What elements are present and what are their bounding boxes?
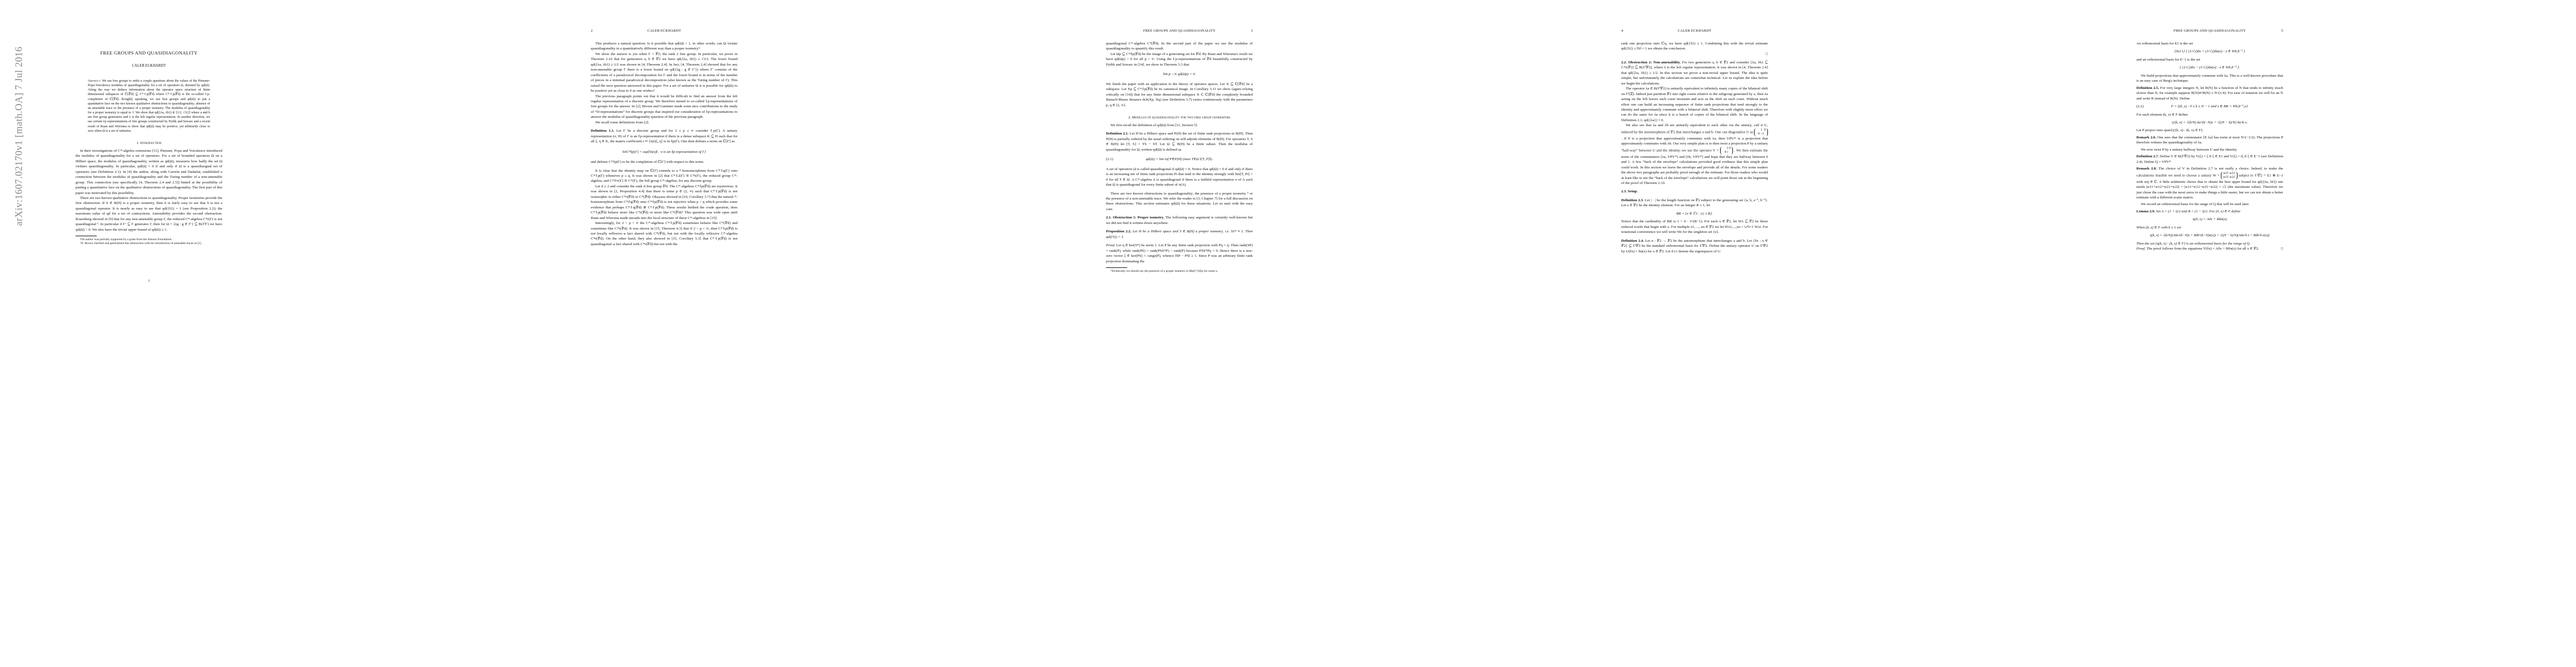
paragraph: A set of operators Ω is called quasidiag… xyxy=(1106,167,1253,188)
page-1: arXiv:1607.02170v1 [math.OA] 7 Jul 2016 … xyxy=(0,0,515,667)
text-run: . We then estimate the norm of the commu… xyxy=(1621,148,1768,185)
definition-2-1: Definition 2.1. Let H be a Hilbert space… xyxy=(1106,131,1253,152)
definition-label: Definition 1.1. xyxy=(591,129,614,133)
definition-label: Definition 2.7. xyxy=(2136,155,2159,158)
equation-text: F = {(k, x) : 0 ≤ k ≤ N − 1 and x ∈ BR ∩… xyxy=(2171,104,2248,108)
page-number: 3 xyxy=(1251,29,1253,33)
page-5-column: An orthonormal basis for E1 is the set {… xyxy=(2136,41,2283,252)
footnote-rule xyxy=(1106,267,1127,268)
page-3: FREE GROUPS AND QUASIDIAGONALITY 3 quasi… xyxy=(1030,0,1546,667)
equation-norm: ‖x‖C*ℓp(Γ) = sup{‖π(x)‖ : π is an ℓp-rep… xyxy=(591,150,738,155)
running-head-title: FREE GROUPS AND QUASIDIAGONALITY xyxy=(2136,29,2283,33)
matrix-cell: w22 xyxy=(2230,176,2235,179)
page-number: 5 xyxy=(2281,29,2283,33)
equation-basis-Em1: { (1/√2)δx − (1/√2)δα(x) : x ∈ Wb,b⁻¹ }. xyxy=(2136,65,2283,70)
matrix-cell: i xyxy=(1727,151,1728,154)
definition-2-5: Definition 2.5. For very large integers … xyxy=(2136,86,2283,101)
equation-text: qd(Ω) = lim inf P∈P(H) (max T∈Ω ‖[T, P]‖… xyxy=(1146,157,1213,161)
qed-symbol: □ xyxy=(1621,52,1768,57)
paragraph: and an orthonormal basis for E−1 is the … xyxy=(2136,57,2283,62)
paragraph: Let d ≥ 2 and consider the rank d free g… xyxy=(591,184,738,221)
remark-label: Remark 2.6. xyxy=(2136,136,2156,140)
section-heading-introduction: 1. Introduction xyxy=(76,141,222,145)
subsection-2-1: 2.1. Obstruction 1: Proper isometry. The… xyxy=(1106,215,1253,226)
paragraph: When (k, x) ∈ F with k ≥ 1 set xyxy=(2136,225,2283,230)
footnote: ¹N. Brown clarified and generalized this… xyxy=(76,242,222,246)
paper-title: FREE GROUPS AND QUASIDIAGONALITY xyxy=(76,50,222,56)
equation-2-2: (2.2) F = {(k, x) : 0 ≤ k ≤ N − 1 and x … xyxy=(2136,104,2283,109)
equation-tag: (2.1) xyxy=(1106,157,1113,162)
paragraph: Let P project onto span{η′(k, x) : (k, x… xyxy=(2136,128,2283,133)
page-4-column: rank one projection onto ℂη, we have qd(… xyxy=(1621,41,1768,254)
paragraph: We show the answer is yes when Γ = 𝔽2; t… xyxy=(591,52,738,94)
lemma-text: Set A = (1 + i)/2 and B = (1 − i)/2. For… xyxy=(2156,210,2240,213)
matrix-U: 1 0 0 −1 xyxy=(1754,128,1768,136)
paragraph: Let Ωp ⊆ C*ℓp(𝔽d) be the image of a gene… xyxy=(1106,52,1253,67)
running-head-title: CALEB ECKHARDT xyxy=(591,29,738,33)
subsection-2-3: 2.3. Setup. xyxy=(1621,189,1768,194)
paragraph: In their investigations of C*-algebra ex… xyxy=(76,148,222,196)
equation-basis-E1: {δe} ∪ { (1/√2)δx + (1/√2)δα(x) : x ∈ Wb… xyxy=(2136,49,2283,54)
paragraph: and defines C*ℓp(Γ) to be the completion… xyxy=(591,160,738,165)
proof-text: Let η ∈ ker(S*) be norm 1. Let P be any … xyxy=(1106,243,1253,263)
paragraph: Notice that the cardinality of BR is 1 +… xyxy=(1621,219,1768,235)
matrix-cell: w12 xyxy=(2229,172,2235,175)
paragraph: We now twist P by a unitary halfway betw… xyxy=(2136,147,2283,152)
paragraph: We first recall the definition of qd(Ω) … xyxy=(1106,123,1253,128)
paragraph: We recall some definitions from [2]. xyxy=(591,120,738,125)
lemma-label: Lemma 2.9. xyxy=(2136,210,2155,213)
equation-limit: lim p→∞ qd(Ωp) = 0. xyxy=(1106,72,1253,77)
arxiv-stamp-text: arXiv:1607.02170v1 [math.OA] 7 Jul 2016 xyxy=(13,47,25,226)
proof-text: The proof follows from the equations V(δ… xyxy=(2146,247,2259,251)
paragraph: quasidiagonal C*-algebra C*(𝔽d). In the … xyxy=(1106,41,1253,52)
matrix-cell: 0 xyxy=(1729,147,1731,150)
text-run: We also see that λa and λb are unitarily… xyxy=(1621,123,1768,134)
page-2-column: This produces a natural question: Is it … xyxy=(591,41,738,247)
paper-author: CALEB ECKHARDT xyxy=(76,64,222,68)
equation-ball: BR = {x ∈ 𝔽2 : |x| ≤ R}. xyxy=(1621,211,1768,216)
paragraph: There are two known obstructions to quas… xyxy=(1106,191,1253,212)
paragraph: We build projections that approximately … xyxy=(2136,73,2283,84)
paragraph: Interestingly, for 2 < p < ∞ the C*-alge… xyxy=(591,221,738,247)
definition-2-4: Definition 2.4. Let α : 𝔽2 → 𝔽2 be the a… xyxy=(1621,238,1768,254)
proof-label: Proof. xyxy=(1106,243,1115,247)
running-head: FREE GROUPS AND QUASIDIAGONALITY 3 xyxy=(1106,29,1253,34)
paragraph: The previous paragraph points out that i… xyxy=(591,94,738,120)
remark-label: Remark 2.8. xyxy=(2136,167,2157,171)
paragraph-unitary: We also see that λa and λb are unitarily… xyxy=(1621,123,1768,186)
matrix-cell: 1 xyxy=(1761,128,1762,132)
page-4: 4 CALEB ECKHARDT rank one projection ont… xyxy=(1546,0,2061,667)
remark-text: subject to ℓ²𝔽2 = E1 ⊕ E−1 with wij ∈ ℂ.… xyxy=(2136,173,2283,200)
paragraph: There are two known qualitative obstruct… xyxy=(76,196,222,232)
paragraph: We record an orthonormal basis for the r… xyxy=(2136,202,2283,207)
equation-tag: (2.2) xyxy=(2136,104,2144,109)
remark-2-8: Remark 2.8. The choice of V in Definitio… xyxy=(2136,166,2283,200)
abstract: Abstract. We use free groups to settle a… xyxy=(88,79,210,133)
remark-2-6: Remark 2.6. One sees that the commutator… xyxy=(2136,135,2283,146)
definition-label: Definition 2.1. xyxy=(1106,132,1129,136)
paragraph: For each element (k, x) ∈ F define xyxy=(2136,112,2283,117)
equation-eta-prime: η′(k, x) = √(k/N) δa^(k−N)x + √((N − k)/… xyxy=(2136,120,2283,125)
definition-2-3: Definition 2.3. Let | · | be the length … xyxy=(1621,198,1768,208)
definition-label: Definition 2.3. xyxy=(1621,198,1644,202)
proposition-2-2: Proposition 2.2. Let H be a Hilbert spac… xyxy=(1106,229,1253,240)
page-1-column: FREE GROUPS AND QUASIDIAGONALITY CALEB E… xyxy=(76,50,222,246)
paragraph: We finish the paper with an application … xyxy=(1106,82,1253,108)
section-heading-2: 2. Modulus of quasidiagonality for two f… xyxy=(1106,116,1253,120)
subsection-label: 2.1. Obstruction 1: Proper isometry. xyxy=(1106,216,1164,220)
paragraph: This produces a natural question: Is it … xyxy=(591,41,738,52)
matrix-V: 1 0 0 i xyxy=(1720,147,1733,155)
paragraph: It is clear that the identity map on ℂ[Γ… xyxy=(591,168,738,184)
page-number: 1 xyxy=(76,279,222,283)
subsection-2-2: 2.2. Obstruction 2: Non-amenability. Fix… xyxy=(1621,60,1768,86)
arxiv-stamp: arXiv:1607.02170v1 [math.OA] 7 Jul 2016 xyxy=(8,67,30,206)
remark-text: One sees that the commutator [P, λa] has… xyxy=(2136,136,2283,145)
paragraph: Then the set {η(k, x) : (k, x) ∈ F} is a… xyxy=(2136,241,2283,246)
running-head: 4 CALEB ECKHARDT xyxy=(1621,29,1768,34)
qed-symbol: □ xyxy=(2281,246,2283,251)
definition-2-7: Definition 2.7. Define V ∈ B(ℓ²𝔽2) by V(… xyxy=(2136,154,2283,165)
footnote-rule xyxy=(76,236,97,236)
definition-label: Definition 2.4. xyxy=(1621,239,1644,243)
matrix-W: w11 w12 w21 w22 xyxy=(2221,172,2238,180)
abstract-label: Abstract. xyxy=(88,79,101,83)
equation-2-1: (2.1) qd(Ω) = lim inf P∈P(H) (max T∈Ω ‖[… xyxy=(1106,157,1253,162)
definition-1-1: Definition 1.1. Let Γ be a discrete grou… xyxy=(591,128,738,144)
paragraph: rank one projection onto ℂη, we have qd(… xyxy=(1621,41,1768,52)
lemma-2-9: Lemma 2.9. Set A = (1 + i)/2 and B = (1 … xyxy=(2136,209,2283,214)
abstract-text: We use free groups to settle a couple qu… xyxy=(88,79,210,133)
definition-text: Define V ∈ B(ℓ²𝔽2) by V(ξ) = ξ if ξ ∈ E1… xyxy=(2136,155,2283,163)
proof-label: Proof. xyxy=(2136,247,2146,251)
matrix-cell: 1 xyxy=(1727,147,1728,150)
matrix-cell: 0 xyxy=(1725,151,1726,154)
definition-label: Definition 2.5. xyxy=(2136,86,2159,90)
matrix-cell: w11 xyxy=(2223,172,2229,175)
running-head-title: CALEB ECKHARDT xyxy=(1621,29,1768,33)
footnote: ²Technically we should say the presence … xyxy=(1106,270,1253,273)
paragraph: An orthonormal basis for E1 is the set xyxy=(2136,41,2283,46)
page-5: FREE GROUPS AND QUASIDIAGONALITY 5 An or… xyxy=(2061,0,2576,667)
equation-eta-0: η(0, x) = Aδx + Bδα(x) xyxy=(2136,217,2283,222)
proof: Proof. The proof follows from the equati… xyxy=(2136,246,2283,251)
matrix-cell: 0 xyxy=(1764,128,1766,132)
running-head: FREE GROUPS AND QUASIDIAGONALITY 5 xyxy=(2136,29,2283,34)
page-2: 2 CALEB ECKHARDT This produces a natural… xyxy=(515,0,1030,667)
page-3-column: quasidiagonal C*-algebra C*(𝔽d). In the … xyxy=(1106,41,1253,273)
paragraph: The operator λa ∈ B(ℓ²𝔽2) is unitarily e… xyxy=(1621,86,1768,123)
proof: Proof. Let η ∈ ker(S*) be norm 1. Let P … xyxy=(1106,243,1253,264)
equation-eta-k: η(k, x) = √(k/N)(Aδa^(k−N)x + Bδb^(k−N)α… xyxy=(2136,233,2283,238)
running-head-title: FREE GROUPS AND QUASIDIAGONALITY xyxy=(1106,29,1253,33)
matrix-cell: −1 xyxy=(1761,132,1764,136)
matrix-cell: 0 xyxy=(1758,132,1760,136)
running-head: 2 CALEB ECKHARDT xyxy=(591,29,738,34)
proposition-label: Proposition 2.2. xyxy=(1106,230,1131,233)
subsection-label: 2.2. Obstruction 2: Non-amenability. xyxy=(1621,61,1681,64)
matrix-cell: w21 xyxy=(2223,176,2229,179)
